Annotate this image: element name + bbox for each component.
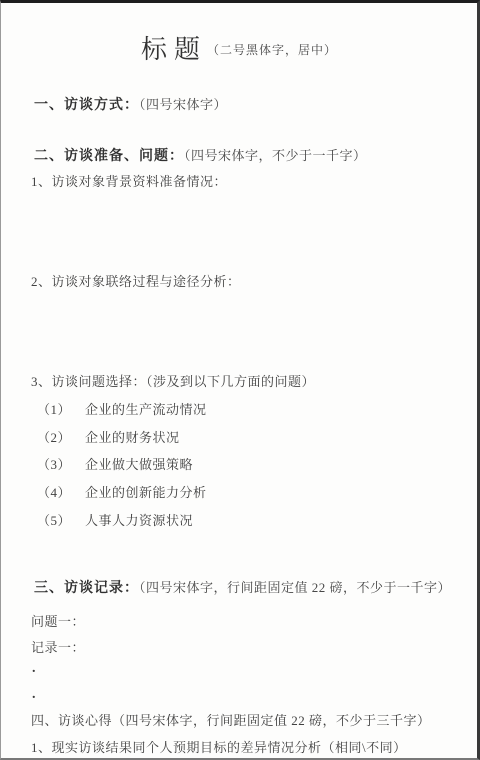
list-item-4: （4）企业的创新能力分析 (37, 485, 207, 501)
list-item-5-text: 人事人力资源状况 (85, 513, 193, 529)
list-item-4-number: （4） (37, 485, 71, 501)
section2-item1: 1、访谈对象背景资料准备情况： (31, 174, 227, 190)
section1-note: （四号宋体字） (139, 97, 227, 112)
section2-item2: 2、访谈对象联络过程与途径分析： (31, 274, 241, 290)
section4-item1: 1、现实访谈结果同个人预期目标的差异情况分析（相同\不同） (31, 740, 407, 756)
list-item-2-number: （2） (37, 430, 71, 446)
title-format-note: （二号黑体字，居中） (207, 43, 337, 57)
list-item-1-number: （1） (37, 402, 71, 418)
section4-heading: 四、访谈心得（四号宋体字，行间距固定值 22 磅，不少于三千字） (31, 713, 431, 729)
list-item-5-number: （5） (37, 513, 71, 529)
list-item-2: （2）企业的财务状况 (37, 430, 180, 446)
question1-label: 问题一： (31, 614, 85, 630)
list-item-3-number: （3） (37, 457, 71, 473)
placeholder-dot-2: . (32, 687, 36, 703)
list-item-4-text: 企业的创新能力分析 (85, 485, 207, 501)
section3-note: （四号宋体字，行间距固定值 22 磅，不少于一千字） (139, 580, 451, 595)
document-title: 标题 (141, 35, 207, 64)
section3-heading-line: 三、访谈记录：（四号宋体字，行间距固定值 22 磅，不少于一千字） (34, 580, 451, 597)
placeholder-dot-1: . (32, 661, 36, 677)
list-item-5: （5）人事人力资源状况 (37, 513, 193, 529)
document-page: 标题（二号黑体字，居中） 一、访谈方式：（四号宋体字） 二、访谈准备、问题：（四… (0, 0, 480, 760)
section1-heading-line: 一、访谈方式：（四号宋体字） (34, 97, 227, 114)
list-item-1: （1）企业的生产流动情况 (37, 402, 207, 418)
section2-item3: 3、访谈问题选择：（涉及到以下几方面的问题） (31, 374, 315, 390)
list-item-3-text: 企业做大做强策略 (85, 457, 193, 473)
section2-heading-line: 二、访谈准备、问题：（四号宋体字，不少于一千字） (34, 148, 367, 165)
list-item-1-text: 企业的生产流动情况 (85, 402, 207, 418)
section2-note: （四号宋体字，不少于一千字） (184, 148, 367, 163)
section1-heading: 一、访谈方式： (34, 98, 139, 113)
list-item-3: （3）企业做大做强策略 (37, 457, 193, 473)
list-item-2-text: 企业的财务状况 (85, 430, 180, 446)
record1-label: 记录一： (31, 640, 85, 656)
section2-heading: 二、访谈准备、问题： (34, 149, 184, 164)
section3-heading: 三、访谈记录： (34, 581, 139, 596)
document-title-line: 标题（二号黑体字，居中） (1, 29, 477, 66)
